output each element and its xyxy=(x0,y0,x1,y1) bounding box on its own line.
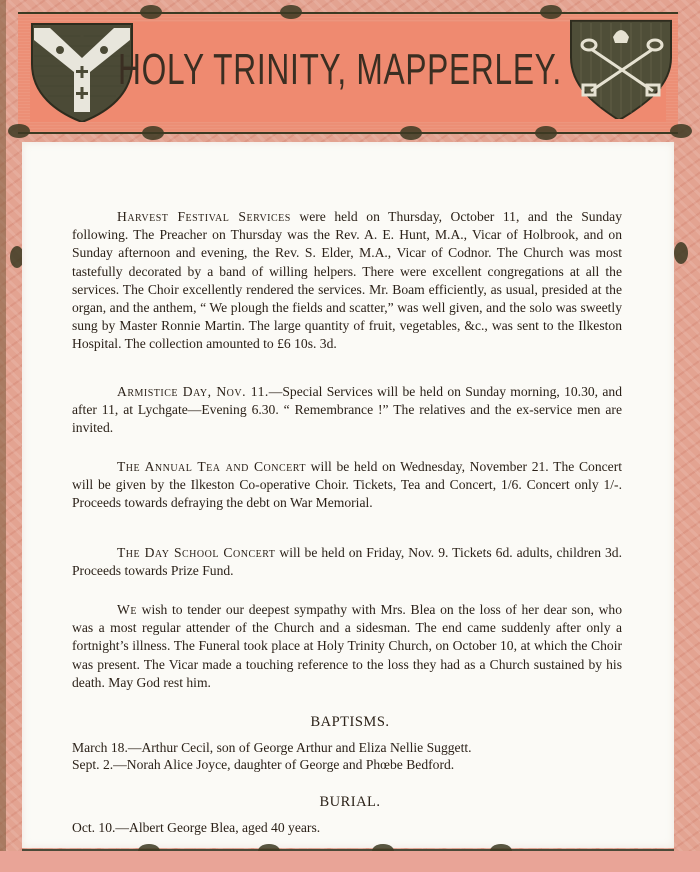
page-title: HOLY TRINITY, MAPPERLEY. xyxy=(118,48,442,92)
notice-sympathy: We wish to tender our deepest sympathy w… xyxy=(72,601,622,692)
knot-ornament-icon xyxy=(140,5,162,19)
notice-lead: Armistice Day, Nov. 11. xyxy=(117,384,269,399)
notice-text: wish to tender our deepest sympathy with… xyxy=(72,602,622,690)
notice-armistice-day: Armistice Day, Nov. 11.—Special Services… xyxy=(72,383,622,438)
notice-annual-tea-concert: The Annual Tea and Concert will be held … xyxy=(72,458,622,513)
knot-ornament-icon xyxy=(674,242,688,264)
notice-day-school-concert: The Day School Concert will be held on F… xyxy=(72,544,622,580)
knot-ornament-icon xyxy=(8,124,30,138)
burial-heading: BURIAL. xyxy=(0,794,700,811)
decorative-frame-bottom xyxy=(0,851,700,872)
baptism-record: March 18.—Arthur Cecil, son of George Ar… xyxy=(72,739,472,757)
knot-ornament-icon xyxy=(670,124,692,138)
knot-ornament-icon xyxy=(540,5,562,19)
knot-ornament-icon xyxy=(535,126,557,140)
notice-lead: We xyxy=(117,602,137,617)
knot-ornament-icon xyxy=(280,5,302,19)
baptisms-heading: BAPTISMS. xyxy=(0,714,700,731)
crossed-keys-shield-icon xyxy=(569,19,673,119)
frame-edge xyxy=(0,0,6,872)
notice-harvest-festival: Harvest Festival Services were held on T… xyxy=(72,208,622,354)
notice-lead: The Annual Tea and Concert xyxy=(117,459,306,474)
knot-ornament-icon xyxy=(142,126,164,140)
knot-ornament-icon xyxy=(400,126,422,140)
burial-record: Oct. 10.—Albert George Blea, aged 40 yea… xyxy=(72,819,320,837)
notice-lead: The Day School Concert xyxy=(117,545,275,560)
baptism-record: Sept. 2.—Norah Alice Joyce, daughter of … xyxy=(72,756,454,774)
notice-text: were held on Thursday, October 11, and t… xyxy=(72,209,622,351)
notice-lead: Harvest Festival Services xyxy=(117,209,291,224)
